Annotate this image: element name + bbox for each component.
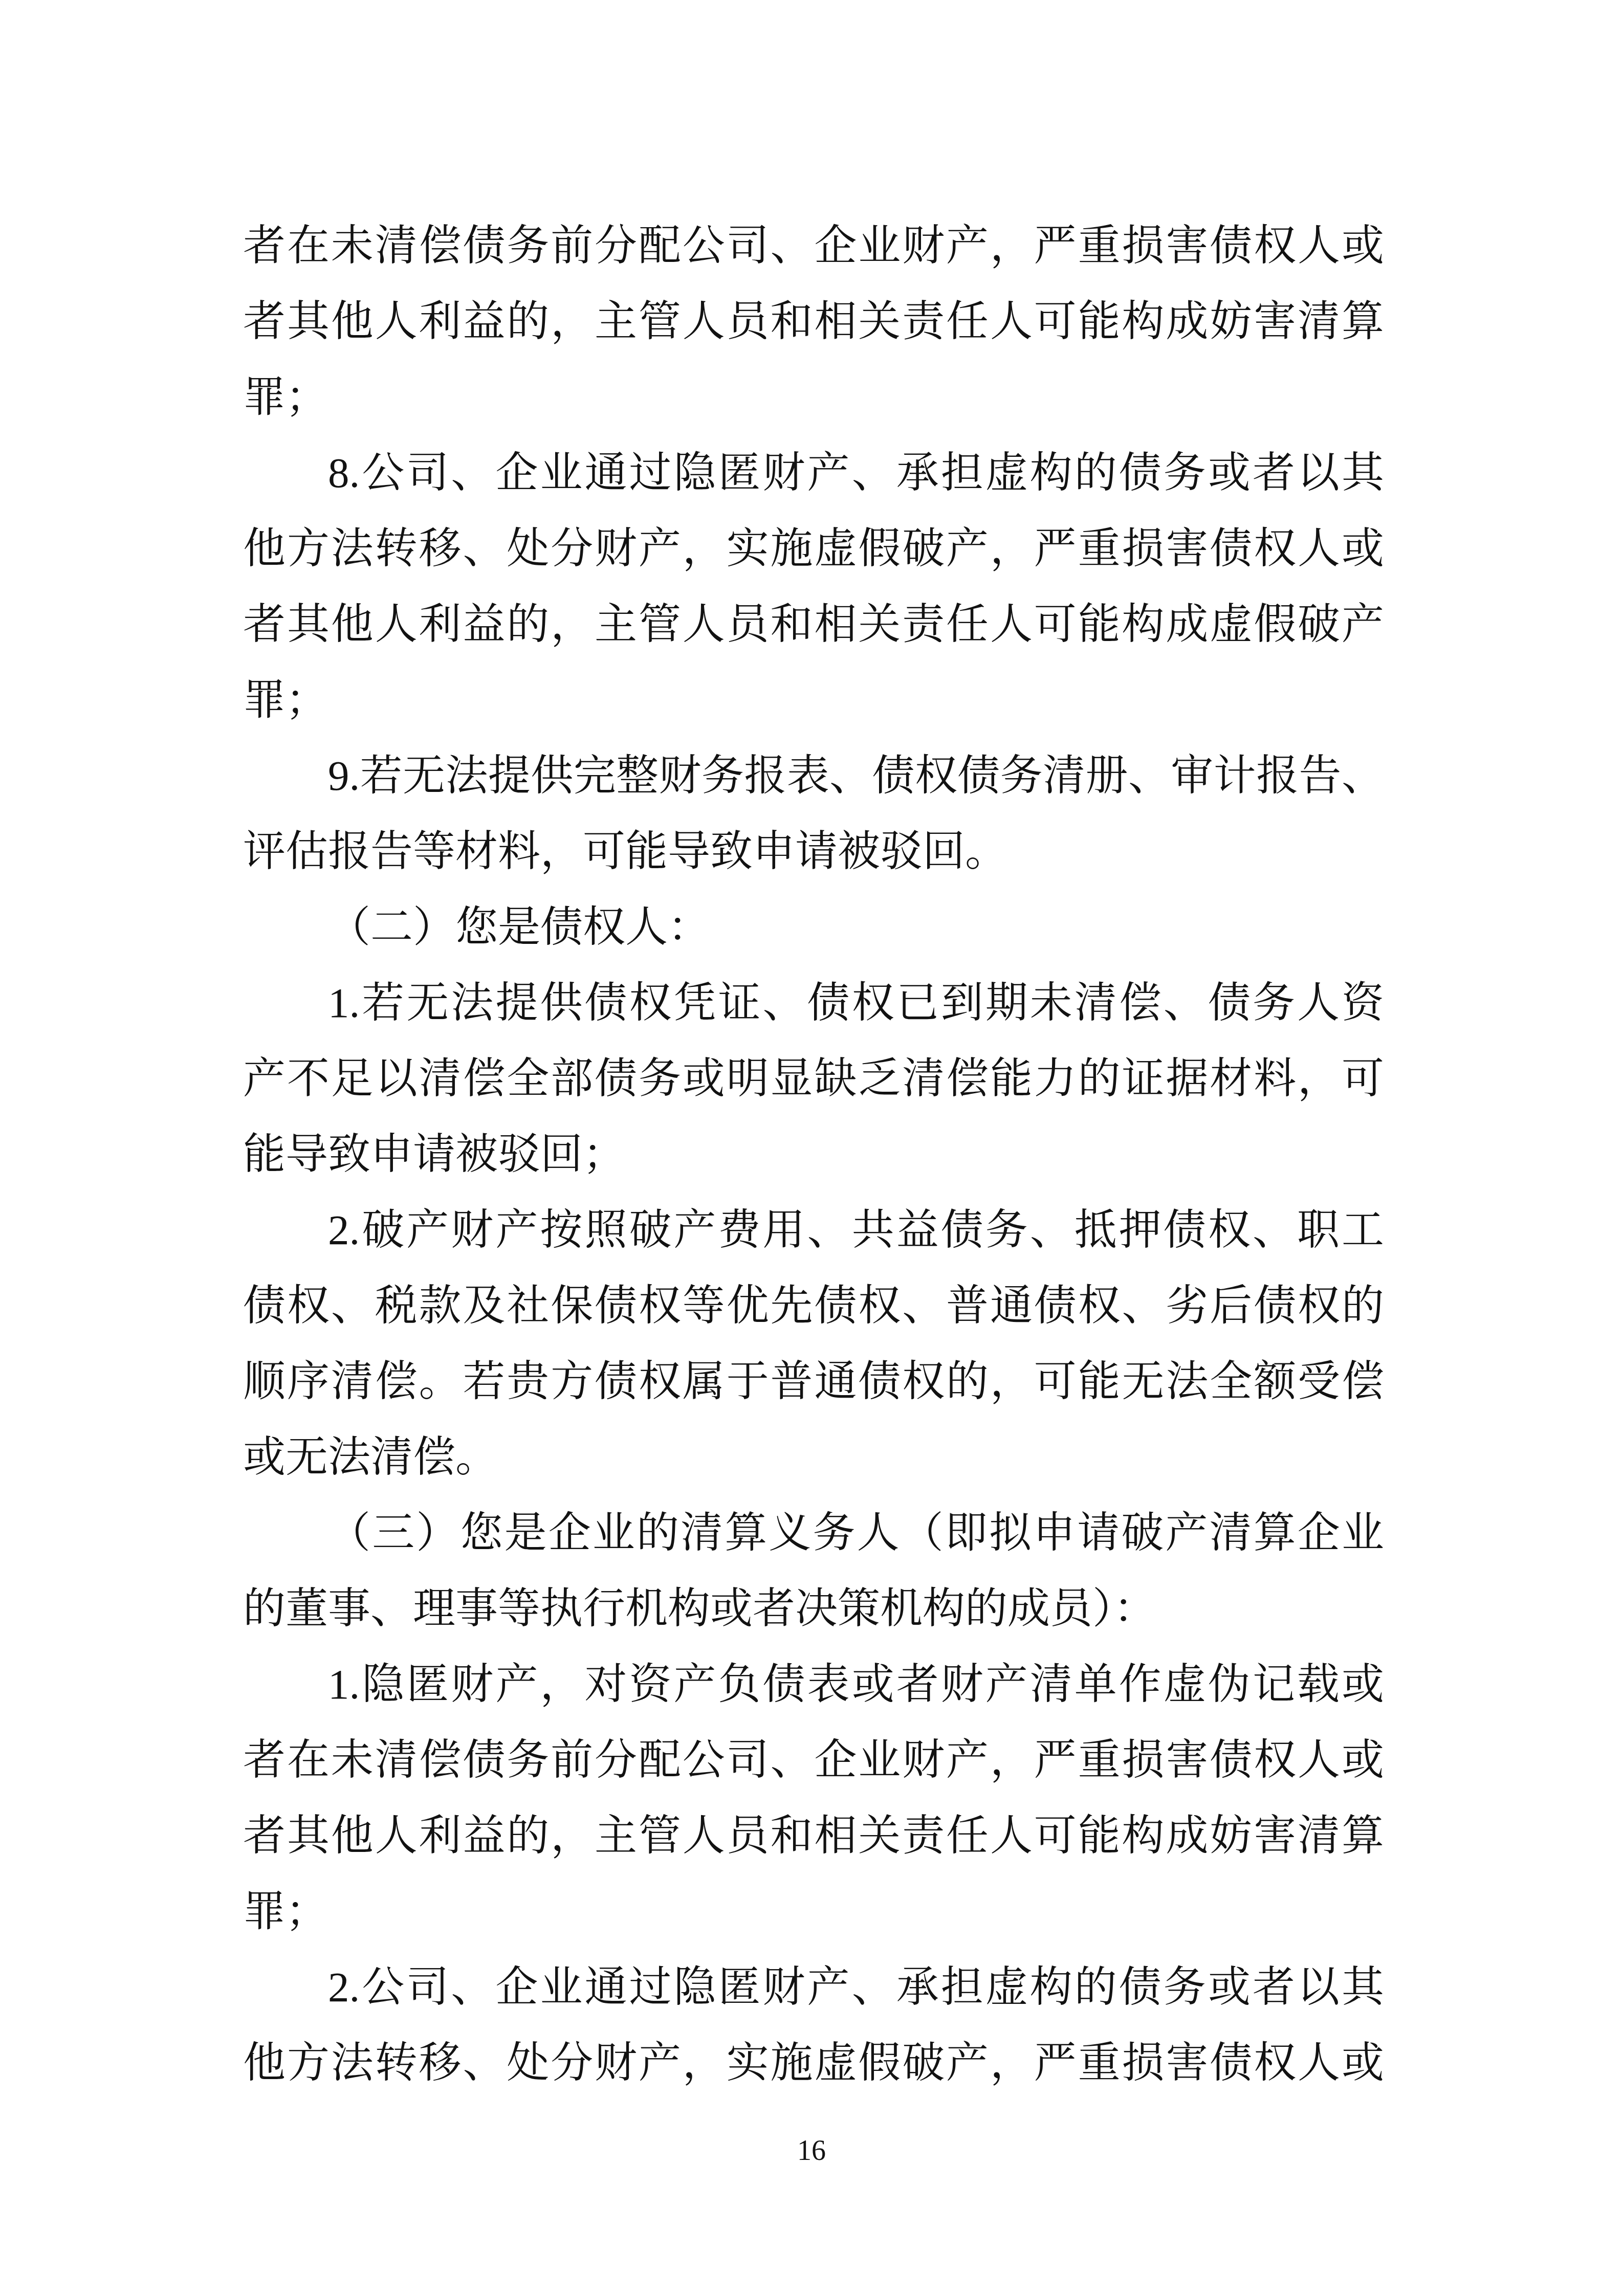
document-text-block: 者在未清偿债务前分配公司、企业财产，严重损害债权人或者其他人利益的，主管人员和相… — [243, 208, 1384, 2101]
text-line: 1.若无法提供债权凭证、债权已到期未清偿、债务人资 — [243, 965, 1384, 1041]
text-line: 2.公司、企业通过隐匿财产、承担虚构的债务或者以其 — [243, 1949, 1384, 2025]
text-line: 1.隐匿财产，对资产负债表或者财产清单作虚伪记载或 — [243, 1646, 1384, 1722]
text-line: （二）您是债权人： — [243, 889, 1384, 965]
text-line: 罪； — [243, 662, 1384, 738]
text-line: 的董事、理事等执行机构或者决策机构的成员）： — [243, 1571, 1384, 1646]
text-line: 产不足以清偿全部债务或明显缺乏清偿能力的证据材料，可 — [243, 1041, 1384, 1116]
text-line: 者在未清偿债务前分配公司、企业财产，严重损害债权人或 — [243, 1722, 1384, 1798]
text-line: 他方法转移、处分财产，实施虚假破产，严重损害债权人或 — [243, 511, 1384, 586]
text-line: 者其他人利益的，主管人员和相关责任人可能构成妨害清算 — [243, 1798, 1384, 1873]
text-line: （三）您是企业的清算义务人（即拟申请破产清算企业 — [243, 1495, 1384, 1571]
text-line: 者其他人利益的，主管人员和相关责任人可能构成虚假破产 — [243, 586, 1384, 662]
text-line: 顺序清偿。若贵方债权属于普通债权的，可能无法全额受偿 — [243, 1343, 1384, 1419]
page-number: 16 — [0, 2134, 1623, 2167]
text-line: 者其他人利益的，主管人员和相关责任人可能构成妨害清算 — [243, 283, 1384, 359]
document-page: 者在未清偿债务前分配公司、企业财产，严重损害债权人或者其他人利益的，主管人员和相… — [0, 0, 1623, 2296]
text-line: 罪； — [243, 1873, 1384, 1949]
text-line: 债权、税款及社保债权等优先债权、普通债权、劣后债权的 — [243, 1268, 1384, 1343]
text-line: 8.公司、企业通过隐匿财产、承担虚构的债务或者以其 — [243, 435, 1384, 511]
text-line: 评估报告等材料，可能导致申请被驳回。 — [243, 813, 1384, 889]
text-line: 9.若无法提供完整财务报表、债权债务清册、审计报告、 — [243, 738, 1384, 813]
text-line: 或无法清偿。 — [243, 1419, 1384, 1495]
text-line: 能导致申请被驳回； — [243, 1116, 1384, 1192]
text-line: 罪； — [243, 359, 1384, 435]
text-line: 他方法转移、处分财产，实施虚假破产，严重损害债权人或 — [243, 2025, 1384, 2101]
text-line: 者在未清偿债务前分配公司、企业财产，严重损害债权人或 — [243, 208, 1384, 283]
text-line: 2.破产财产按照破产费用、共益债务、抵押债权、职工 — [243, 1192, 1384, 1268]
